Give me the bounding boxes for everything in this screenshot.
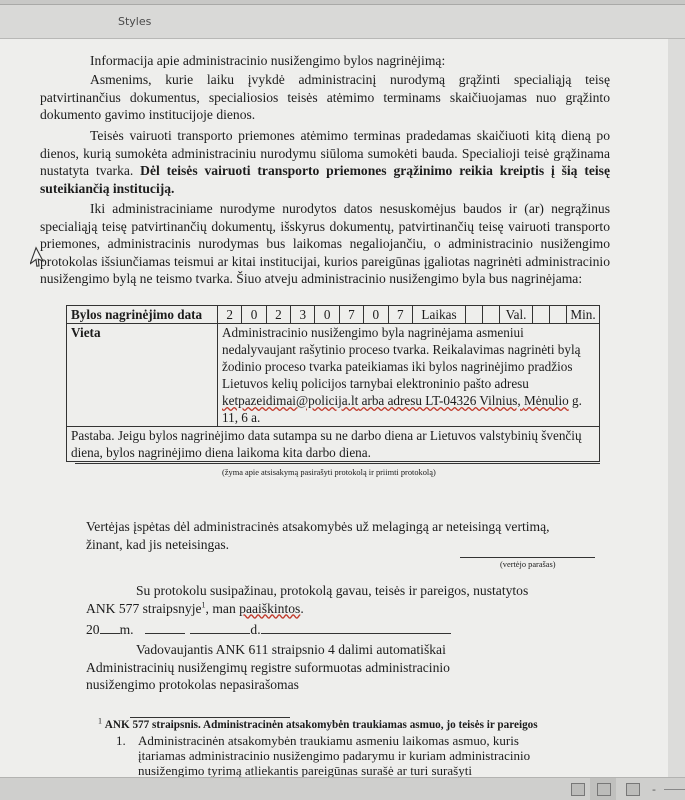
- place-street: Mėnulio: [524, 393, 569, 408]
- acknowledgement-text: Su protokolu susipažinau, protokolą gava…: [86, 583, 528, 616]
- date-digit: 2: [266, 306, 290, 324]
- paragraph-return-documents: Asmenims, kurie laiku įvykdė administrac…: [40, 71, 610, 124]
- footnote-marker: 1: [98, 716, 102, 725]
- styles-group-label[interactable]: Styles: [118, 15, 151, 28]
- hearing-note: Pastaba. Jeigu bylos nagrinėjimo data su…: [67, 427, 600, 462]
- day-blank: [190, 633, 250, 634]
- paragraph-hearing-info: Iki administraciniame nurodyme nurodytos…: [40, 200, 610, 288]
- hearing-date-label: Bylos nagrinėjimo data: [71, 307, 202, 322]
- zoom-out-button[interactable]: -: [652, 783, 656, 796]
- place-label: Vieta: [71, 325, 101, 340]
- date-digit: 3: [291, 306, 315, 324]
- translator-signature-line: [460, 557, 595, 558]
- refusal-caption: (žyma apie atsisakymą pasirašyti protoko…: [222, 468, 436, 477]
- hearing-place-row: Vieta Administracinio nusižengimo byla n…: [67, 324, 600, 427]
- month-blank: [145, 633, 185, 634]
- hearing-note-row: Pastaba. Jeigu bylos nagrinėjimo data su…: [67, 427, 600, 462]
- minutes-label: Min.: [567, 306, 600, 324]
- zoom-slider[interactable]: [664, 789, 685, 790]
- year-blank: [100, 633, 120, 634]
- year-prefix: 20: [86, 622, 100, 637]
- paragraph-suspension-term: Teisės vairuoti transporto priemones atė…: [40, 127, 610, 197]
- info-heading: Informacija apie administracinio nusižen…: [90, 52, 445, 70]
- mouse-cursor-icon: [30, 246, 46, 268]
- date-digit: 7: [388, 306, 412, 324]
- month-marker: m.: [120, 622, 134, 637]
- date-digit: 0: [242, 306, 266, 324]
- acknowledgement-text: .: [300, 601, 303, 616]
- acknowledgement-text: paaiškintos: [239, 601, 300, 616]
- footnote-title-text: ANK 577 straipsnis. Administracinėn atsa…: [105, 719, 538, 731]
- date-digit: 0: [364, 306, 388, 324]
- hearing-date-row: Bylos nagrinėjimo data 2 0 2 3 0 7 0 7 L…: [67, 306, 600, 324]
- refusal-signature-line: [75, 463, 600, 464]
- date-digit: 7: [339, 306, 363, 324]
- translator-warning: Vertėjas įspėtas dėl administracinės ats…: [86, 518, 566, 553]
- print-layout-icon[interactable]: [597, 783, 611, 796]
- ribbon: Styles: [0, 0, 685, 39]
- date-digit: 0: [315, 306, 339, 324]
- day-marker: d.: [250, 622, 260, 637]
- read-mode-icon[interactable]: [571, 783, 585, 796]
- auto-register-note: Vadovaujantis ANK 611 straipsnio 4 dalim…: [86, 641, 486, 694]
- signature-blank: [261, 633, 451, 634]
- ribbon-border: [0, 0, 685, 5]
- place-description: Administracinio nusižengimo byla nagrinė…: [218, 324, 600, 427]
- hours-cell: [550, 306, 567, 324]
- footnote-separator: [130, 717, 290, 718]
- date-signature-line: 20m. d.: [86, 621, 451, 638]
- acknowledgement-text: , man: [206, 601, 240, 616]
- footnote-title: 1 ANK 577 straipsnis. Administracinėn at…: [98, 719, 538, 732]
- status-bar: -: [0, 777, 685, 800]
- web-layout-icon[interactable]: [626, 783, 640, 796]
- hearing-table: Bylos nagrinėjimo data 2 0 2 3 0 7 0 7 L…: [66, 305, 600, 462]
- hours-label: Val.: [500, 306, 533, 324]
- right-gutter: [668, 39, 685, 777]
- place-text: Administracinio nusižengimo byla nagrinė…: [222, 325, 581, 391]
- time-cell: [466, 306, 483, 324]
- acknowledgement: Su protokolu susipažinau, protokolą gava…: [86, 582, 556, 617]
- police-email-link[interactable]: ketpazeidimai@policija.lt: [222, 393, 358, 408]
- place-address: arba adresu LT-04326 Vilnius,: [358, 393, 524, 408]
- date-digit: 2: [218, 306, 242, 324]
- time-label: Laikas: [413, 306, 466, 324]
- translator-signature-caption: (vertėjo parašas): [500, 560, 556, 569]
- time-cell: [483, 306, 500, 324]
- hours-cell: [533, 306, 550, 324]
